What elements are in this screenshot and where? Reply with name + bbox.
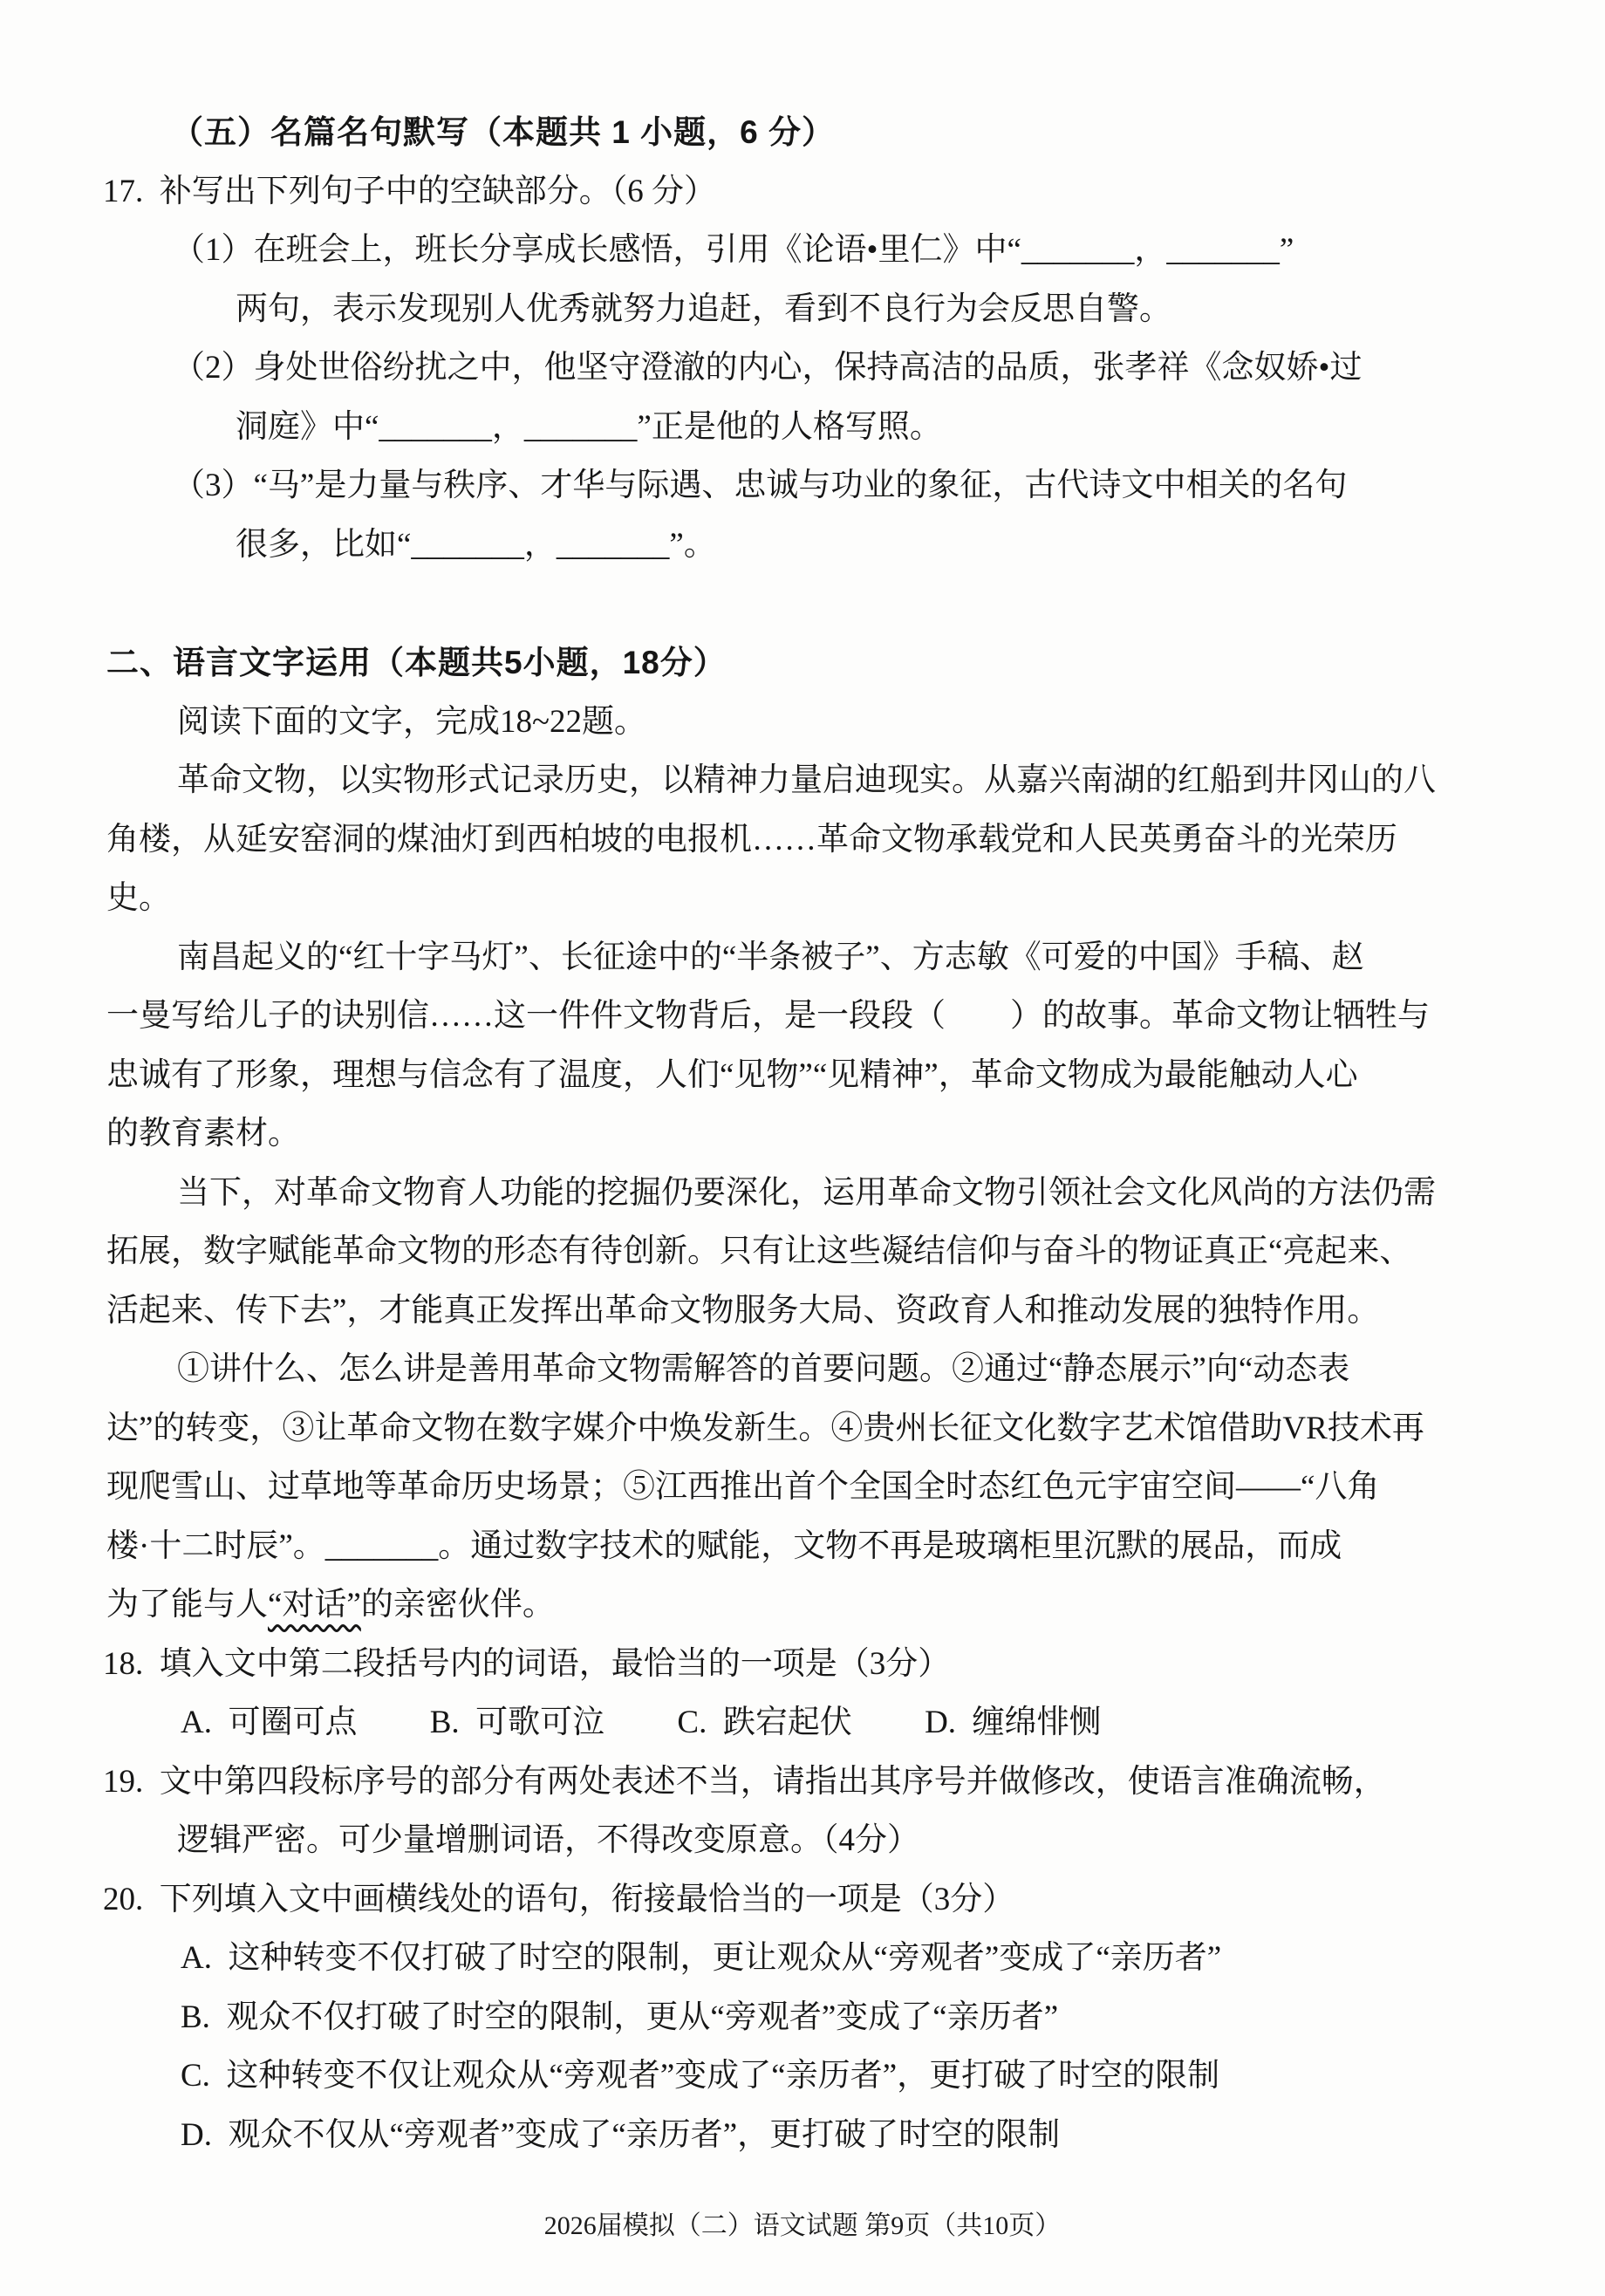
- section-spacer: [0, 574, 1605, 633]
- passage-para4-line3: 现爬雪山、过草地等革命历史场景；⑤江西推出首个全国全时态红色元宇宙空间——“八角: [0, 1458, 1605, 1517]
- question-18-stem: 18. 填入文中第二段括号内的词语，最恰当的一项是（3分）: [0, 1635, 1605, 1694]
- question-18-options: A. 可圈可点 B. 可歌可泣 C. 跌宕起伏 D. 缠绵悱恻: [0, 1693, 1605, 1753]
- reading-instruction: 阅读下面的文字，完成18~22题。: [0, 693, 1605, 752]
- question-19-stem-line1: 19. 文中第四段标序号的部分有两处表述不当，请指出其序号并做修改，使语言准确流…: [0, 1753, 1605, 1812]
- passage-para1-line1: 革命文物，以实物形式记录历史，以精神力量启迪现实。从嘉兴南湖的红船到井冈山的八: [0, 751, 1605, 810]
- question-20-option-d: D. 观众不仅从“旁观者”变成了“亲历者”，更打破了时空的限制: [0, 2106, 1605, 2165]
- question-20-option-b: B. 观众不仅打破了时空的限制，更从“旁观者”变成了“亲历者”: [0, 1988, 1605, 2047]
- passage-para2-line4: 的教育素材。: [0, 1104, 1605, 1164]
- q17-item-1-line-1: （1）在班会上，班长分享成长感悟，引用《论语•里仁》中“_______，____…: [0, 221, 1605, 280]
- page-footer: 2026届模拟（二）语文试题 第9页（共10页）: [0, 2209, 1605, 2244]
- document-body: （五）名篇名句默写（本题共 1 小题，6 分） 17. 补写出下列句子中的空缺部…: [0, 103, 1605, 2164]
- passage-para1-line2: 角楼，从延安窑洞的煤油灯到西柏坡的电报机……革命文物承载党和人民英勇奋斗的光荣历: [0, 810, 1605, 870]
- passage-para3-line2: 拓展，数字赋能革命文物的形态有待创新。只有让这些凝结信仰与奋斗的物证真正“亮起来…: [0, 1222, 1605, 1281]
- q17-item-2-line-2: 洞庭》中“_______，_______”正是他的人格写照。: [0, 398, 1605, 457]
- passage-para1-line3: 史。: [0, 869, 1605, 928]
- question-17-stem: 17. 补写出下列句子中的空缺部分。（6 分）: [0, 162, 1605, 222]
- question-20-option-a: A. 这种转变不仅打破了时空的限制，更让观众从“旁观者”变成了“亲历者”: [0, 1929, 1605, 1988]
- q17-item-1-line-2: 两句，表示发现别人优秀就努力追赶，看到不良行为会反思自警。: [0, 280, 1605, 339]
- passage-para2-line1: 南昌起义的“红十字马灯”、长征途中的“半条被子”、方志敏《可爱的中国》手稿、赵: [0, 928, 1605, 987]
- exam-paper-page: （五）名篇名句默写（本题共 1 小题，6 分） 17. 补写出下列句子中的空缺部…: [0, 0, 1605, 2296]
- q17-item-3-line-1: （3）“马”是力量与秩序、才华与际遇、忠诚与功业的象征，古代诗文中相关的名句: [0, 456, 1605, 516]
- question-20-stem: 20. 下列填入文中画横线处的语句，衔接最恰当的一项是（3分）: [0, 1870, 1605, 1930]
- wavy-underlined-text: “对话”: [268, 1587, 361, 1623]
- passage-para3-line3: 活起来、传下去”，才能真正发挥出革命文物服务大局、资政育人和推动发展的独特作用。: [0, 1281, 1605, 1341]
- passage-para4-line1: ①讲什么、怎么讲是善用革命文物需解答的首要问题。②通过“静态展示”向“动态表: [0, 1340, 1605, 1399]
- passage-para3-line1: 当下，对革命文物育人功能的挖掘仍要深化，运用革命文物引领社会文化风尚的方法仍需: [0, 1164, 1605, 1223]
- question-19-stem-line2: 逻辑严密。可少量增删词语，不得改变原意。（4分）: [0, 1811, 1605, 1870]
- question-20-option-c: C. 这种转变不仅让观众从“旁观者”变成了“亲历者”，更打破了时空的限制: [0, 2047, 1605, 2106]
- q17-item-2-line-1: （2）身处世俗纷扰之中，他坚守澄澈的内心，保持高洁的品质，张孝祥《念奴娇•过: [0, 338, 1605, 398]
- text-segment: 的亲密伙伴。: [361, 1587, 555, 1623]
- passage-para2-line3: 忠诚有了形象，理想与信念有了温度，人们“见物”“见精神”，革命文物成为最能触动人…: [0, 1046, 1605, 1105]
- passage-para4-line2: 达”的转变，③让革命文物在数字媒介中焕发新生。④贵州长征文化数字艺术馆借助VR技…: [0, 1399, 1605, 1459]
- passage-para4-line4: 楼·十二时辰”。_______。通过数字技术的赋能，文物不再是玻璃柜里沉默的展品…: [0, 1517, 1605, 1576]
- section-2-heading: 二、语言文字运用（本题共5小题，18分）: [0, 633, 1605, 693]
- passage-para4-line5: 为了能与人“对话”的亲密伙伴。: [0, 1575, 1605, 1635]
- text-segment: 为了能与人: [106, 1587, 268, 1623]
- passage-para2-line2: 一曼写给儿子的诀别信……这一件件文物背后，是一段段（ ）的故事。革命文物让牺牲与: [0, 987, 1605, 1046]
- section-5-heading: （五）名篇名句默写（本题共 1 小题，6 分）: [0, 103, 1605, 162]
- q17-item-3-line-2: 很多，比如“_______，_______”。: [0, 516, 1605, 575]
